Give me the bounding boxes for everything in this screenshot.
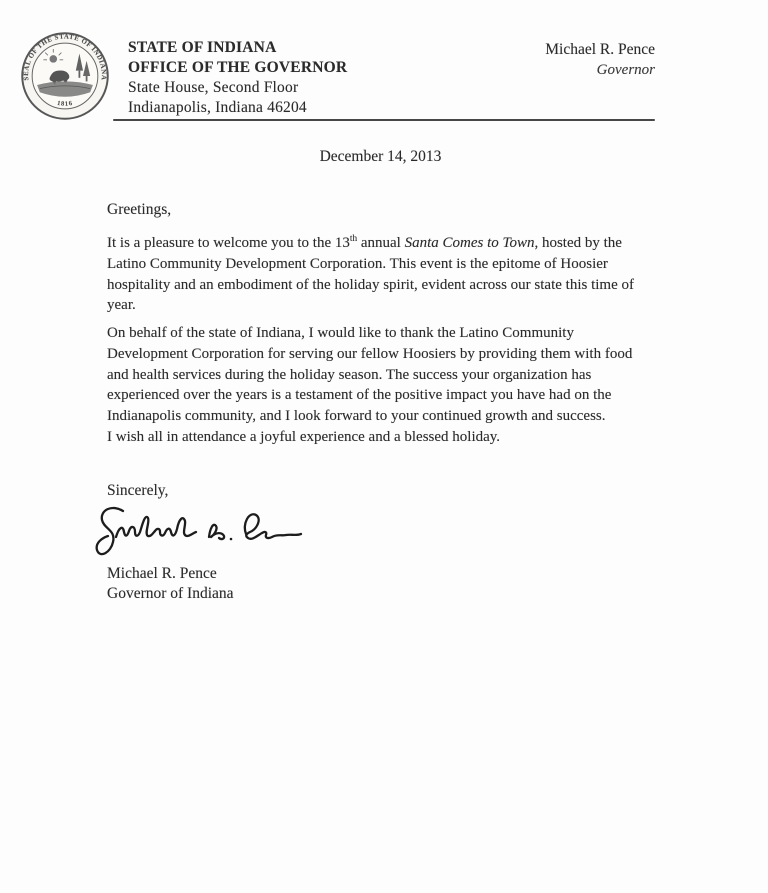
signer-name: Michael R. Pence <box>107 564 234 584</box>
text-line: On behalf of the state of Indiana, I wou… <box>107 323 682 344</box>
governor-title: Governor <box>545 60 655 80</box>
handwritten-signature <box>90 498 310 566</box>
letterhead-line: OFFICE OF THE GOVERNOR <box>128 58 347 78</box>
letterhead-official-block: Michael R. Pence Governor <box>545 40 655 80</box>
signer-title: Governor of Indiana <box>107 584 234 604</box>
text-line: I wish all in attendance a joyful experi… <box>107 427 682 448</box>
seal-year-text: 1816 <box>56 100 73 108</box>
text-line: Indianapolis community, and I look forwa… <box>107 406 682 427</box>
text-line: year. <box>107 295 682 316</box>
svg-text:1816: 1816 <box>56 100 73 108</box>
paragraph-2: On behalf of the state of Indiana, I wou… <box>107 323 682 427</box>
letter-page: SEAL OF THE STATE OF INDIANA 1816 <box>0 0 768 893</box>
text-line: Development Corporation for serving our … <box>107 344 682 365</box>
paragraph-1: It is a pleasure to welcome you to the 1… <box>107 233 682 316</box>
indiana-state-seal: SEAL OF THE STATE OF INDIANA 1816 <box>20 30 110 122</box>
letterhead-divider <box>113 119 655 121</box>
salutation: Greetings, <box>107 201 171 219</box>
paragraph-3: I wish all in attendance a joyful experi… <box>107 427 682 448</box>
letterhead-office-block: STATE OF INDIANAOFFICE OF THE GOVERNORSt… <box>128 38 347 118</box>
text-line: Latino Community Development Corporation… <box>107 254 682 275</box>
letterhead-line: State House, Second Floor <box>128 78 347 98</box>
letterhead-line: STATE OF INDIANA <box>128 38 347 58</box>
letterhead-line: Indianapolis, Indiana 46204 <box>128 98 347 118</box>
text-line: It is a pleasure to welcome you to the 1… <box>107 233 682 254</box>
text-line: hospitality and an embodiment of the hol… <box>107 275 682 296</box>
letter-date: December 14, 2013 <box>108 148 653 166</box>
text-line: experienced over the years is a testamen… <box>107 385 682 406</box>
signer-block: Michael R. Pence Governor of Indiana <box>107 564 234 604</box>
governor-name: Michael R. Pence <box>545 40 655 60</box>
text-line: and health services during the holiday s… <box>107 365 682 386</box>
